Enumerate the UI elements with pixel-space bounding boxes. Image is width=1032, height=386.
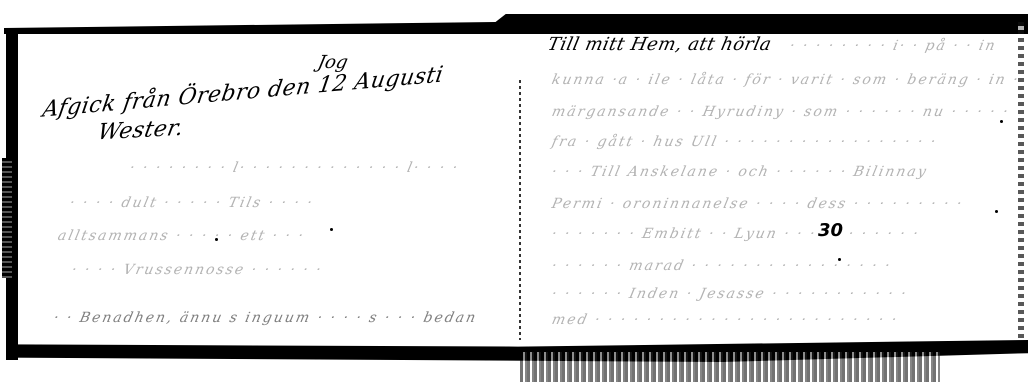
book-cover-right-edge [1018, 22, 1024, 342]
right-first-line: Till mitt Hem, att hörla [546, 34, 774, 55]
right-faint-line: · · · · · · Inden · Jesasse · · · · · · … [550, 286, 909, 302]
left-faint-line: · · · · dult · · · · · Tils · · · · [68, 195, 315, 211]
right-faint-line: med · · · · · · · · · · · · · · · · · · … [550, 312, 900, 328]
scan-noise [520, 352, 940, 382]
ink-speck [215, 238, 218, 241]
right-faint-line: · · · · · · · Embitt · · Lyun · · · · · … [550, 226, 921, 242]
right-faint-line: · · · Till Anskelane · och · · · · · · B… [550, 164, 929, 180]
left-faint-line: · · · · · · · · l· · · · · · · · · · · ·… [128, 160, 460, 176]
insertion-word: Jog [316, 52, 350, 73]
page-number: 30 [818, 220, 843, 241]
ink-speck [1000, 120, 1003, 123]
left-faint-line: alltsammans · · · · · ett · · · [56, 228, 306, 244]
right-faint-line: märgansande · · Hyrudiny · som · · · · ·… [550, 104, 1011, 120]
diary-scan: Jog Afgick från Örebro den 12 Augusti We… [0, 0, 1032, 386]
right-faint-line: · · · · · · marad · · · · · · · · · · · … [550, 258, 893, 274]
left-faint-line: · · Benadhen, ännu s inguum · · · · s · … [52, 310, 479, 326]
right-faint-line: fra · gått · hus Ull · · · · · · · · · ·… [550, 134, 939, 150]
book-cover-top-edge [4, 14, 1028, 34]
right-faint-line: kunna ·a · ile · låta · för · varit · so… [550, 72, 1021, 88]
ink-speck [330, 228, 333, 231]
book-cover-left-edge [6, 30, 18, 360]
ink-speck [995, 210, 998, 213]
right-first-line-tail: · · · · · · · · i· · på · · in [788, 38, 998, 54]
page-gutter [519, 80, 521, 340]
ink-speck [838, 258, 841, 261]
left-faint-line: · · · · Vrussennosse · · · · · · [70, 262, 324, 278]
binding-clip [2, 158, 12, 278]
right-faint-line: Permi · oroninnanelse · · · · dess · · ·… [550, 196, 965, 212]
left-heading-line-2: Wester. [96, 116, 186, 146]
